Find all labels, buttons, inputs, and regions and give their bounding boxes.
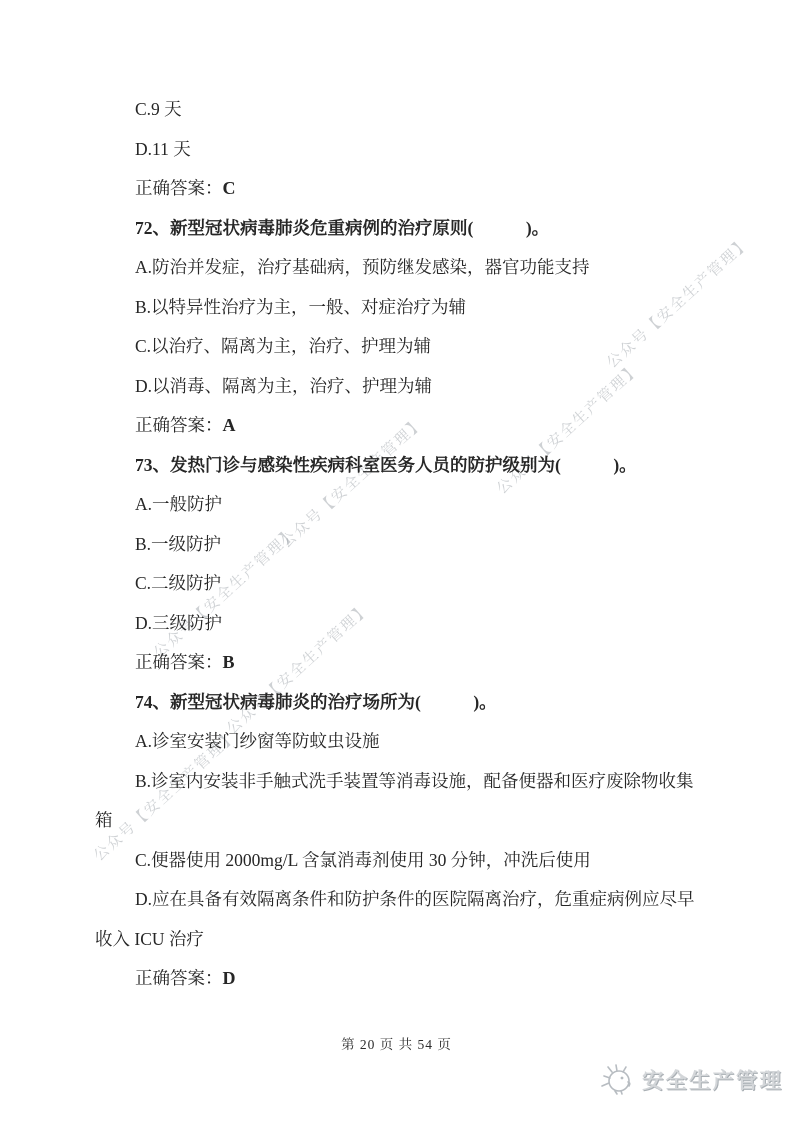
- answer-letter: C: [223, 178, 236, 198]
- option-line: D.应在具备有效隔离条件和防护条件的医院隔离治疗，危重症病例应尽早收入 ICU …: [95, 880, 707, 959]
- option-line: A.诊室安装门纱窗等防蚊虫设施: [95, 722, 707, 762]
- answer-label: 正确答案：: [135, 968, 223, 988]
- answer-letter: D: [223, 968, 236, 988]
- answer-line: 正确答案：D: [95, 959, 707, 999]
- document-page: 公众号【安全生产管理】公众号【安全生产管理】公众号【安全生产管理】公众号【安全生…: [0, 0, 793, 1122]
- option-line: A.一般防护: [95, 485, 707, 525]
- option-line: D.三级防护: [95, 604, 707, 644]
- option-line: B.以特异性治疗为主，一般、对症治疗为辅: [95, 288, 707, 328]
- answer-letter: B: [223, 652, 235, 672]
- bird-logo-icon: [597, 1062, 637, 1096]
- answer-label: 正确答案：: [135, 652, 223, 672]
- answer-line: 正确答案：B: [95, 643, 707, 683]
- option-line: B.诊室内安装非手触式洗手装置等消毒设施，配备便器和医疗废除物收集箱: [95, 762, 707, 841]
- brand-logo: 安全生产管理: [597, 1062, 783, 1096]
- option-line: C.9 天: [95, 90, 707, 130]
- answer-label: 正确答案：: [135, 415, 223, 435]
- answer-line: 正确答案：C: [95, 169, 707, 209]
- option-line: D.以消毒、隔离为主，治疗、护理为辅: [95, 367, 707, 407]
- option-line: B.一级防护: [95, 525, 707, 565]
- option-line: A.防治并发症，治疗基础病，预防继发感染，器官功能支持: [95, 248, 707, 288]
- option-line: C.以治疗、隔离为主，治疗、护理为辅: [95, 327, 707, 367]
- answer-label: 正确答案：: [135, 178, 223, 198]
- option-line: C.二级防护: [95, 564, 707, 604]
- question-stem: 74、新型冠状病毒肺炎的治疗场所为( )。: [95, 683, 707, 723]
- brand-logo-text: 安全生产管理: [642, 1064, 783, 1095]
- exam-content: C.9 天D.11 天正确答案：C72、新型冠状病毒肺炎危重病例的治疗原则( )…: [95, 90, 707, 999]
- question-stem: 73、发热门诊与感染性疾病科室医务人员的防护级别为( )。: [95, 446, 707, 486]
- answer-line: 正确答案：A: [95, 406, 707, 446]
- answer-letter: A: [223, 415, 236, 435]
- question-stem: 72、新型冠状病毒肺炎危重病例的治疗原则( )。: [95, 209, 707, 249]
- option-line: D.11 天: [95, 130, 707, 170]
- option-line: C.便器使用 2000mg/L 含氯消毒剂使用 30 分钟，冲洗后使用: [95, 841, 707, 881]
- page-footer: 第 20 页 共 54 页: [0, 1033, 793, 1053]
